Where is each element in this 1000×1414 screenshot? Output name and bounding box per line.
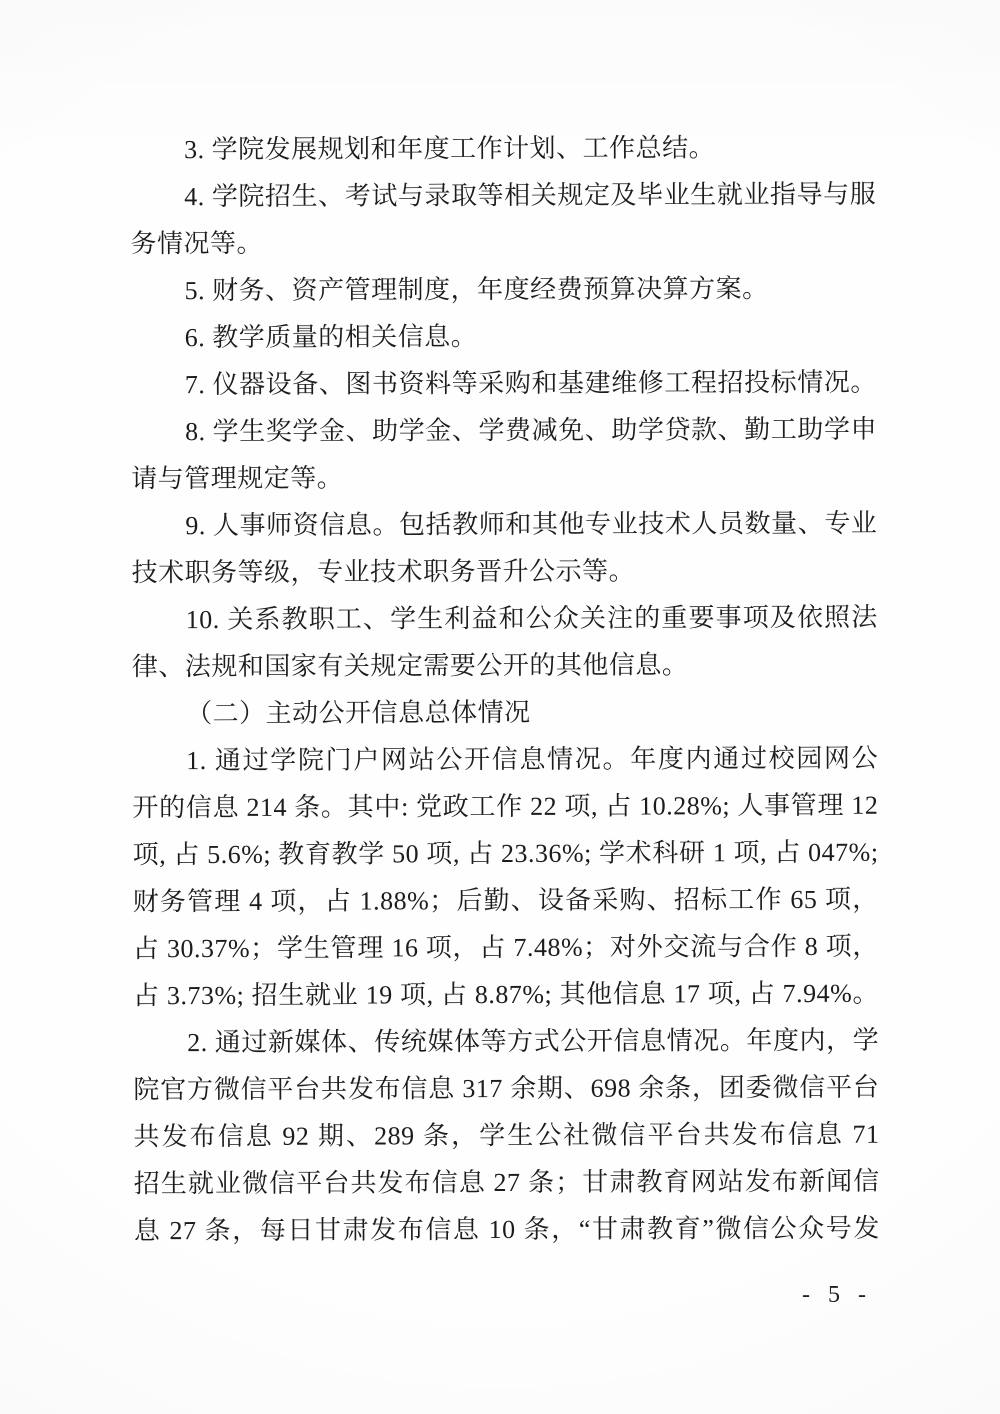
text-line: 1. 通过学院门户网站公开信息情况。年度内通过校园网公 [132, 735, 878, 785]
text-line: 开的信息 214 条。其中: 党政工作 22 项, 占 10.28%; 人事管理… [132, 782, 878, 832]
document-page: 3. 学院发展规划和年度工作计划、工作总结。4. 学院招生、考试与录取等相关规定… [0, 0, 1000, 1414]
text-line: 占 3.73%; 招生就业 19 项, 占 8.87%; 其他信息 17 项, … [133, 970, 879, 1020]
text-line: 7. 仪器设备、图书资料等采购和基建维修工程招投标情况。 [131, 359, 877, 409]
page-number: - 5 - [802, 1280, 872, 1310]
text-line: 8. 学生奖学金、助学金、学费减免、助学贷款、勤工助学申 [131, 406, 877, 456]
text-line: 项, 占 5.6%; 教育教学 50 项, 占 23.36%; 学术科研 1 项… [132, 829, 878, 879]
text-line: 院官方微信平台共发布信息 317 余期、698 余条，团委微信平台 [133, 1064, 879, 1114]
text-line: 息 27 条，每日甘肃发布信息 10 条，“甘肃教育”微信公众号发 [134, 1205, 880, 1255]
text-line: 6. 教学质量的相关信息。 [131, 312, 877, 362]
text-line: 务情况等。 [130, 218, 876, 268]
text-line: （二）主动公开信息总体情况 [132, 688, 878, 738]
text-line: 10. 关系教职工、学生利益和公众关注的重要事项及依照法 [132, 594, 878, 644]
text-line: 3. 学院发展规划和年度工作计划、工作总结。 [130, 124, 876, 174]
text-line: 财务管理 4 项，占 1.88%；后勤、设备采购、招标工作 65 项， [133, 876, 879, 926]
text-line: 请与管理规定等。 [131, 453, 877, 503]
text-line: 技术职务等级，专业技术职务晋升公示等。 [131, 547, 877, 597]
text-line: 9. 人事师资信息。包括教师和其他专业技术人员数量、专业 [131, 500, 877, 550]
text-line: 4. 学院招生、考试与录取等相关规定及毕业生就业指导与服 [130, 171, 876, 221]
text-line: 占 30.37%；学生管理 16 项，占 7.48%；对外交流与合作 8 项， [133, 923, 879, 973]
text-line: 5. 财务、资产管理制度，年度经费预算决算方案。 [130, 265, 876, 315]
document-body: 3. 学院发展规划和年度工作计划、工作总结。4. 学院招生、考试与录取等相关规定… [130, 124, 880, 1255]
text-line: 招生就业微信平台共发布信息 27 条；甘肃教育网站发布新闻信 [134, 1158, 880, 1208]
text-line: 2. 通过新媒体、传统媒体等方式公开信息情况。年度内，学 [133, 1017, 879, 1067]
text-line: 律、法规和国家有关规定需要公开的其他信息。 [132, 641, 878, 691]
text-line: 共发布信息 92 期、289 条，学生公社微信平台共发布信息 71 条， [133, 1111, 879, 1161]
